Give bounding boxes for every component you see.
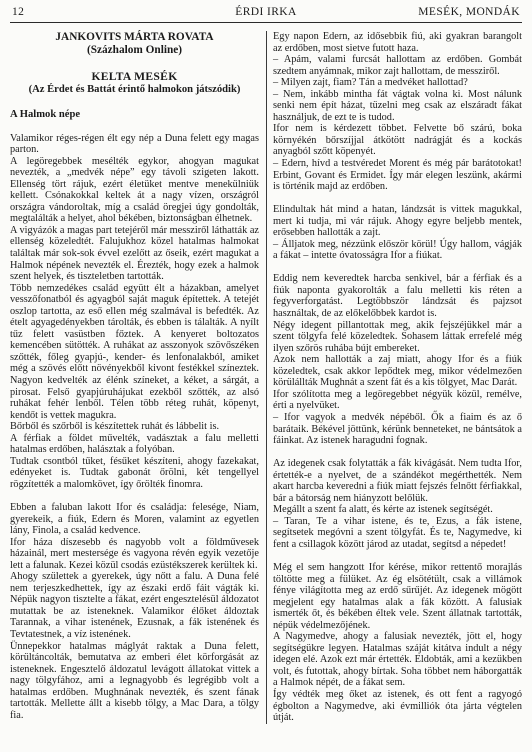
section-heading: A Halmok népe — [10, 109, 259, 121]
paragraph: Ünnepekkor hatalmas máglyát raktak a Dun… — [10, 641, 259, 722]
rubric-source: (Százhalom Online) — [10, 44, 259, 57]
paragraph: Megállt a szent fa alatt, és kérte az is… — [273, 504, 522, 516]
paragraph: Ahogy születtek a gyerekek, úgy nőtt a f… — [10, 571, 259, 640]
column-divider-rule — [266, 31, 267, 724]
paragraph: – Milyen zajt, fiam? Tán a medvéket hall… — [273, 77, 522, 89]
article-title-block: JANKOVITS MÁRTA ROVATA (Százhalom Online… — [10, 31, 259, 96]
story-subtitle: (Az Érdet és Battát érintő halmokon játs… — [10, 83, 259, 96]
paragraph: A legöregebbek mesélték egykor, ahogyan … — [10, 156, 259, 225]
right-column: Egy napon Edern, az idősebbik fiú, aki g… — [273, 31, 522, 724]
paragraph: Ifor háza díszesebb és nagyobb volt a fö… — [10, 537, 259, 572]
two-column-layout: JANKOVITS MÁRTA ROVATA (Százhalom Online… — [10, 31, 522, 724]
paragraph: Ebben a faluban lakott Ifor és családja:… — [10, 502, 259, 537]
paragraph: Elindultak hát mind a hatan, lándzsát is… — [273, 204, 522, 239]
rubric-title: JANKOVITS MÁRTA ROVATA — [10, 31, 259, 44]
paragraph: Valamikor réges-régen élt egy nép a Duna… — [10, 133, 259, 156]
paragraph: – Apám, valami furcsát hallottam az erdő… — [273, 54, 522, 77]
paragraph: Ifor szólította meg a legöregebbet négyü… — [273, 389, 522, 412]
paragraph: Azok nem hallották a zaj miatt, ahogy If… — [273, 354, 522, 389]
paragraph: – Nem, inkább mintha fát vágtak volna ki… — [273, 89, 522, 124]
paragraph: Négy idegent pillantottak meg, akik fejs… — [273, 320, 522, 355]
paragraph: – Edern, hívd a testvéredet Morent és mé… — [273, 158, 522, 193]
paragraph: Egy napon Edern, az idősebbik fiú, aki g… — [273, 31, 522, 54]
paragraph: Több nemzedékes család együtt élt a háza… — [10, 283, 259, 422]
page-number: 12 — [12, 6, 161, 18]
paragraph: – Taran, Te a vihar istene, és te, Ezus,… — [273, 516, 522, 551]
paragraph: Az idegenek csak folytatták a fák kivágá… — [273, 458, 522, 504]
paragraph: Bőrből és szőrből is készítettek ruhát é… — [10, 421, 259, 433]
paragraph: A férfiak a földet művelték, vadásztak a… — [10, 433, 259, 456]
paragraph: Tudtak csontból tűket, fésűket készíteni… — [10, 456, 259, 491]
paragraph: A Nagymedve, ahogy a falusiak nevezték, … — [273, 631, 522, 689]
paragraph: Eddig nem keveredtek harcba senkivel, bá… — [273, 273, 522, 319]
paragraph: – Ifor vagyok a medvék népéből. Ők a fia… — [273, 412, 522, 447]
story-title: KELTA MESÉK — [10, 70, 259, 83]
left-column: JANKOVITS MÁRTA ROVATA (Százhalom Online… — [10, 31, 259, 724]
section-running-title: MESÉK, MONDÁK — [371, 6, 520, 18]
paragraph: Így védték meg őket az istenek, és ott f… — [273, 689, 522, 724]
magazine-page: 12 ÉRDI IRKA MESÉK, MONDÁK JANKOVITS MÁR… — [0, 0, 532, 752]
publication-title: ÉRDI IRKA — [161, 6, 370, 18]
running-header: 12 ÉRDI IRKA MESÉK, MONDÁK — [10, 4, 522, 23]
paragraph: A vigyázók a magas part tetejéről már me… — [10, 225, 259, 283]
paragraph: Ifor nem is kérdezett többet. Felvette b… — [273, 123, 522, 158]
paragraph: – Álljatok meg, nézzünk először körül! Ú… — [273, 239, 522, 262]
paragraph: Még el sem hangzott Ifor kérése, mikor r… — [273, 562, 522, 631]
